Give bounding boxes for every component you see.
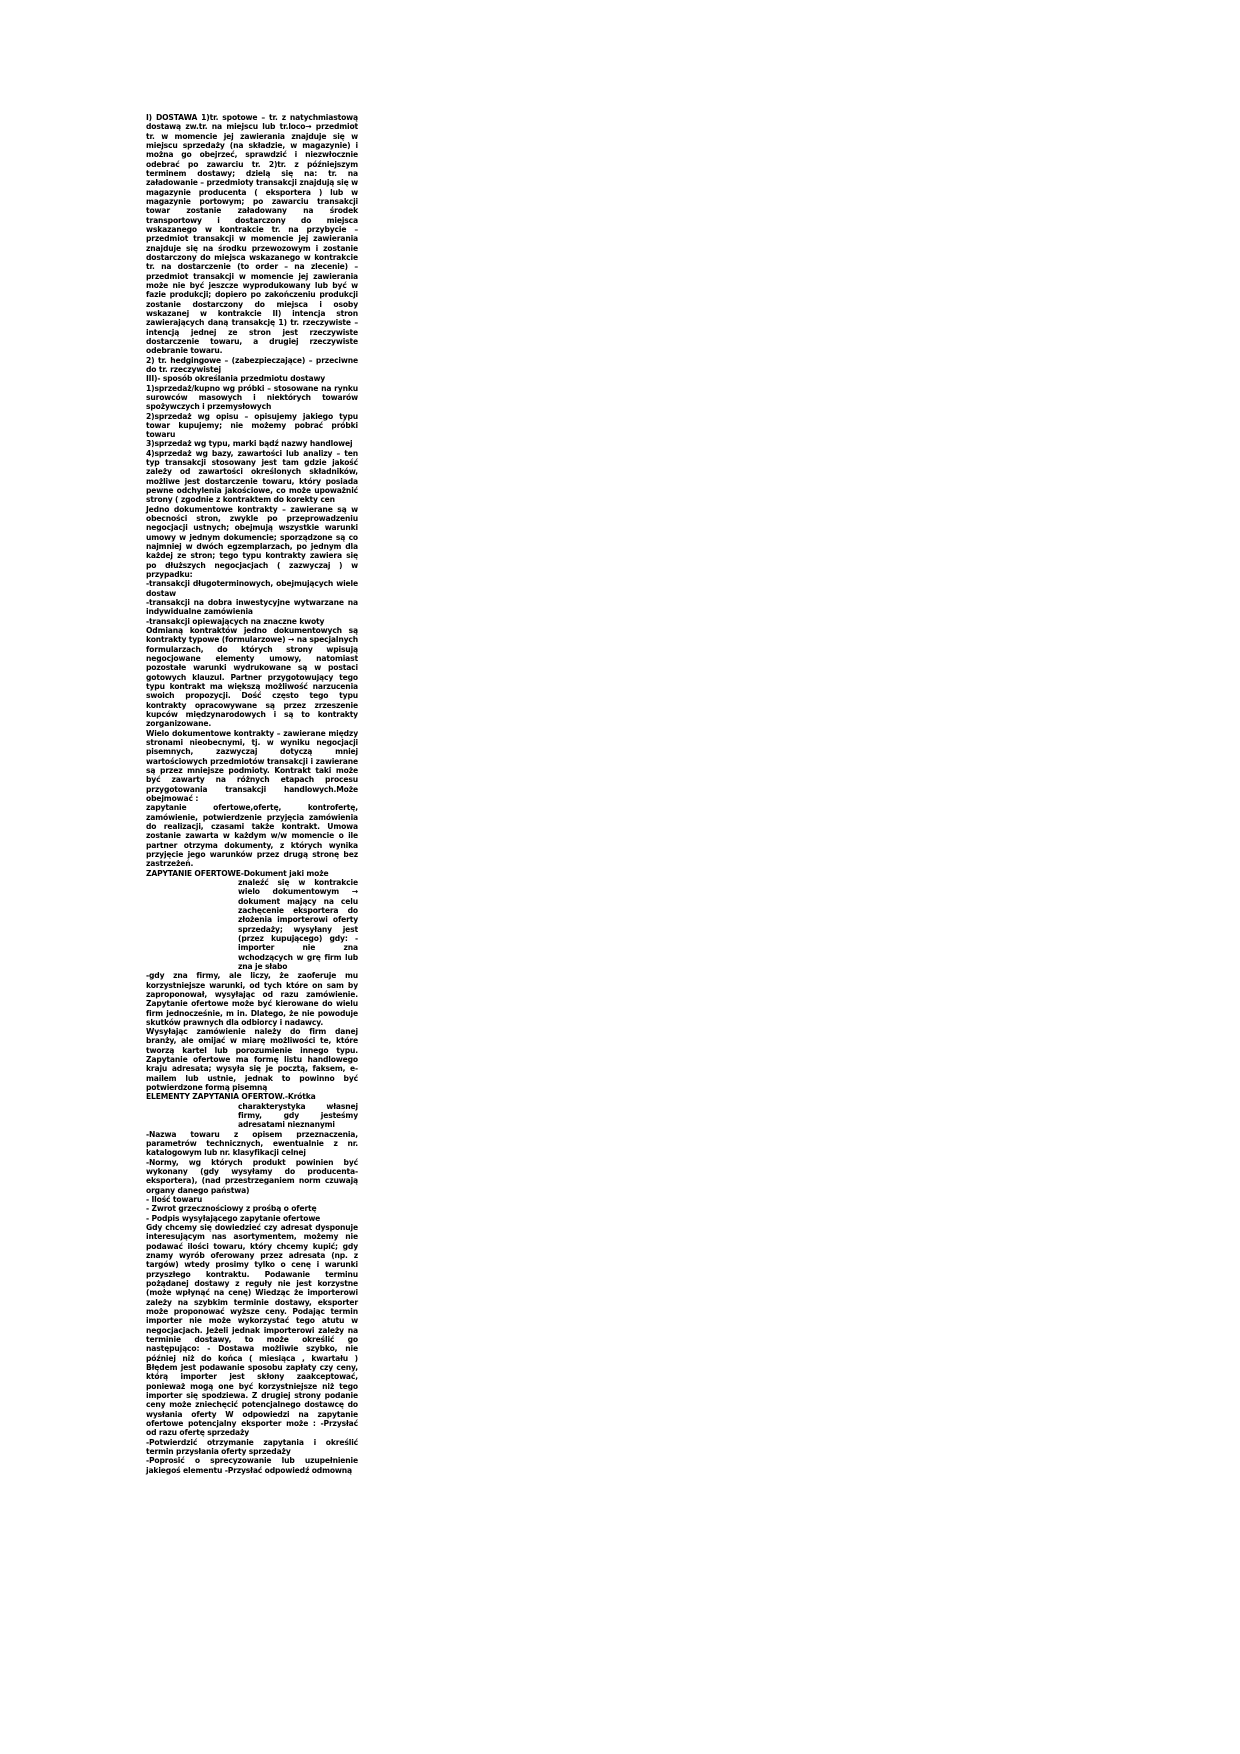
list-item: -Poprosić o sprecyzowanie lub uzupełnien… xyxy=(146,1456,358,1475)
paragraph-gdy-zna: -gdy zna firmy, ale liczy, że zaoferuje … xyxy=(146,971,358,1027)
paragraph-wysylajac: Wysyłając zamówienie należy do firm dane… xyxy=(146,1027,358,1092)
paragraph-dostawa: I) DOSTAWA 1)tr. spotowe – tr. z natychm… xyxy=(146,113,358,356)
zapytanie-heading: ZAPYTANIE OFERTOWE xyxy=(146,869,241,878)
paragraph-opis: 2)sprzedaż wg opisu – opisujemy jakiego … xyxy=(146,412,358,440)
paragraph-baza: 4)sprzedaż wg bazy, zawartości lub anali… xyxy=(146,449,358,505)
zapytanie-indented: znaleźć się w kontrakcie wielo dokumento… xyxy=(238,878,358,971)
elementy-heading-line: ELEMENTY ZAPYTANIA OFERTOW.-Krótka xyxy=(146,1092,358,1101)
elementy-heading: ELEMENTY ZAPYTANIA OFERTOW. xyxy=(146,1092,285,1101)
list-item: - Podpis wysyłającego zapytanie ofertowe xyxy=(146,1214,358,1223)
list-item: - Zwrot grzecznościowy z prośbą o ofertę xyxy=(146,1204,358,1213)
paragraph-typowe: Odmianą kontraktów jedno dokumentowych s… xyxy=(146,626,358,729)
heading-sposob: III)- sposób określania przedmiotu dosta… xyxy=(146,374,358,383)
document-page: I) DOSTAWA 1)tr. spotowe – tr. z natychm… xyxy=(146,113,358,1475)
paragraph-probka: 1)sprzedaż/kupno wg próbki – stosowane n… xyxy=(146,384,358,412)
elementy-lead: -Krótka xyxy=(285,1092,316,1101)
paragraph-typ: 3)sprzedaż wg typu, marki bądź nazwy han… xyxy=(146,439,358,448)
list-item: -Nazwa towaru z opisem przeznaczenia, pa… xyxy=(146,1130,358,1158)
paragraph-zapytanie-list: zapytanie ofertowe,ofertę, kontrofertę, … xyxy=(146,803,358,868)
list-item: -transakcji na dobra inwestycyjne wytwar… xyxy=(146,598,358,617)
paragraph-hedging: 2) tr. hedgingowe – (zabezpieczające) – … xyxy=(146,356,358,375)
zapytanie-heading-line: ZAPYTANIE OFERTOWE-Dokument jaki może xyxy=(146,869,358,878)
list-item: -Potwierdzić otrzymanie zapytania i okre… xyxy=(146,1438,358,1457)
list-item: -transakcji opiewających na znaczne kwot… xyxy=(146,617,358,626)
paragraph-wielo-dokumentowe: Wielo dokumentowe kontrakty – zawierane … xyxy=(146,729,358,804)
list-item: -transakcji długoterminowych, obejmujący… xyxy=(146,579,358,598)
paragraph-jedno-dokumentowe: Jedno dokumentowe kontrakty – zawierane … xyxy=(146,505,358,580)
list-item: - Ilość towaru xyxy=(146,1195,358,1204)
elementy-indented: charakterystyka własnej firmy, gdy jeste… xyxy=(238,1102,358,1130)
zapytanie-lead: -Dokument jaki może xyxy=(241,869,329,878)
list-item: -Normy, wg których produkt powinien być … xyxy=(146,1158,358,1195)
paragraph-gdy-chcemy: Gdy chcemy się dowiedzieć czy adresat dy… xyxy=(146,1223,358,1438)
